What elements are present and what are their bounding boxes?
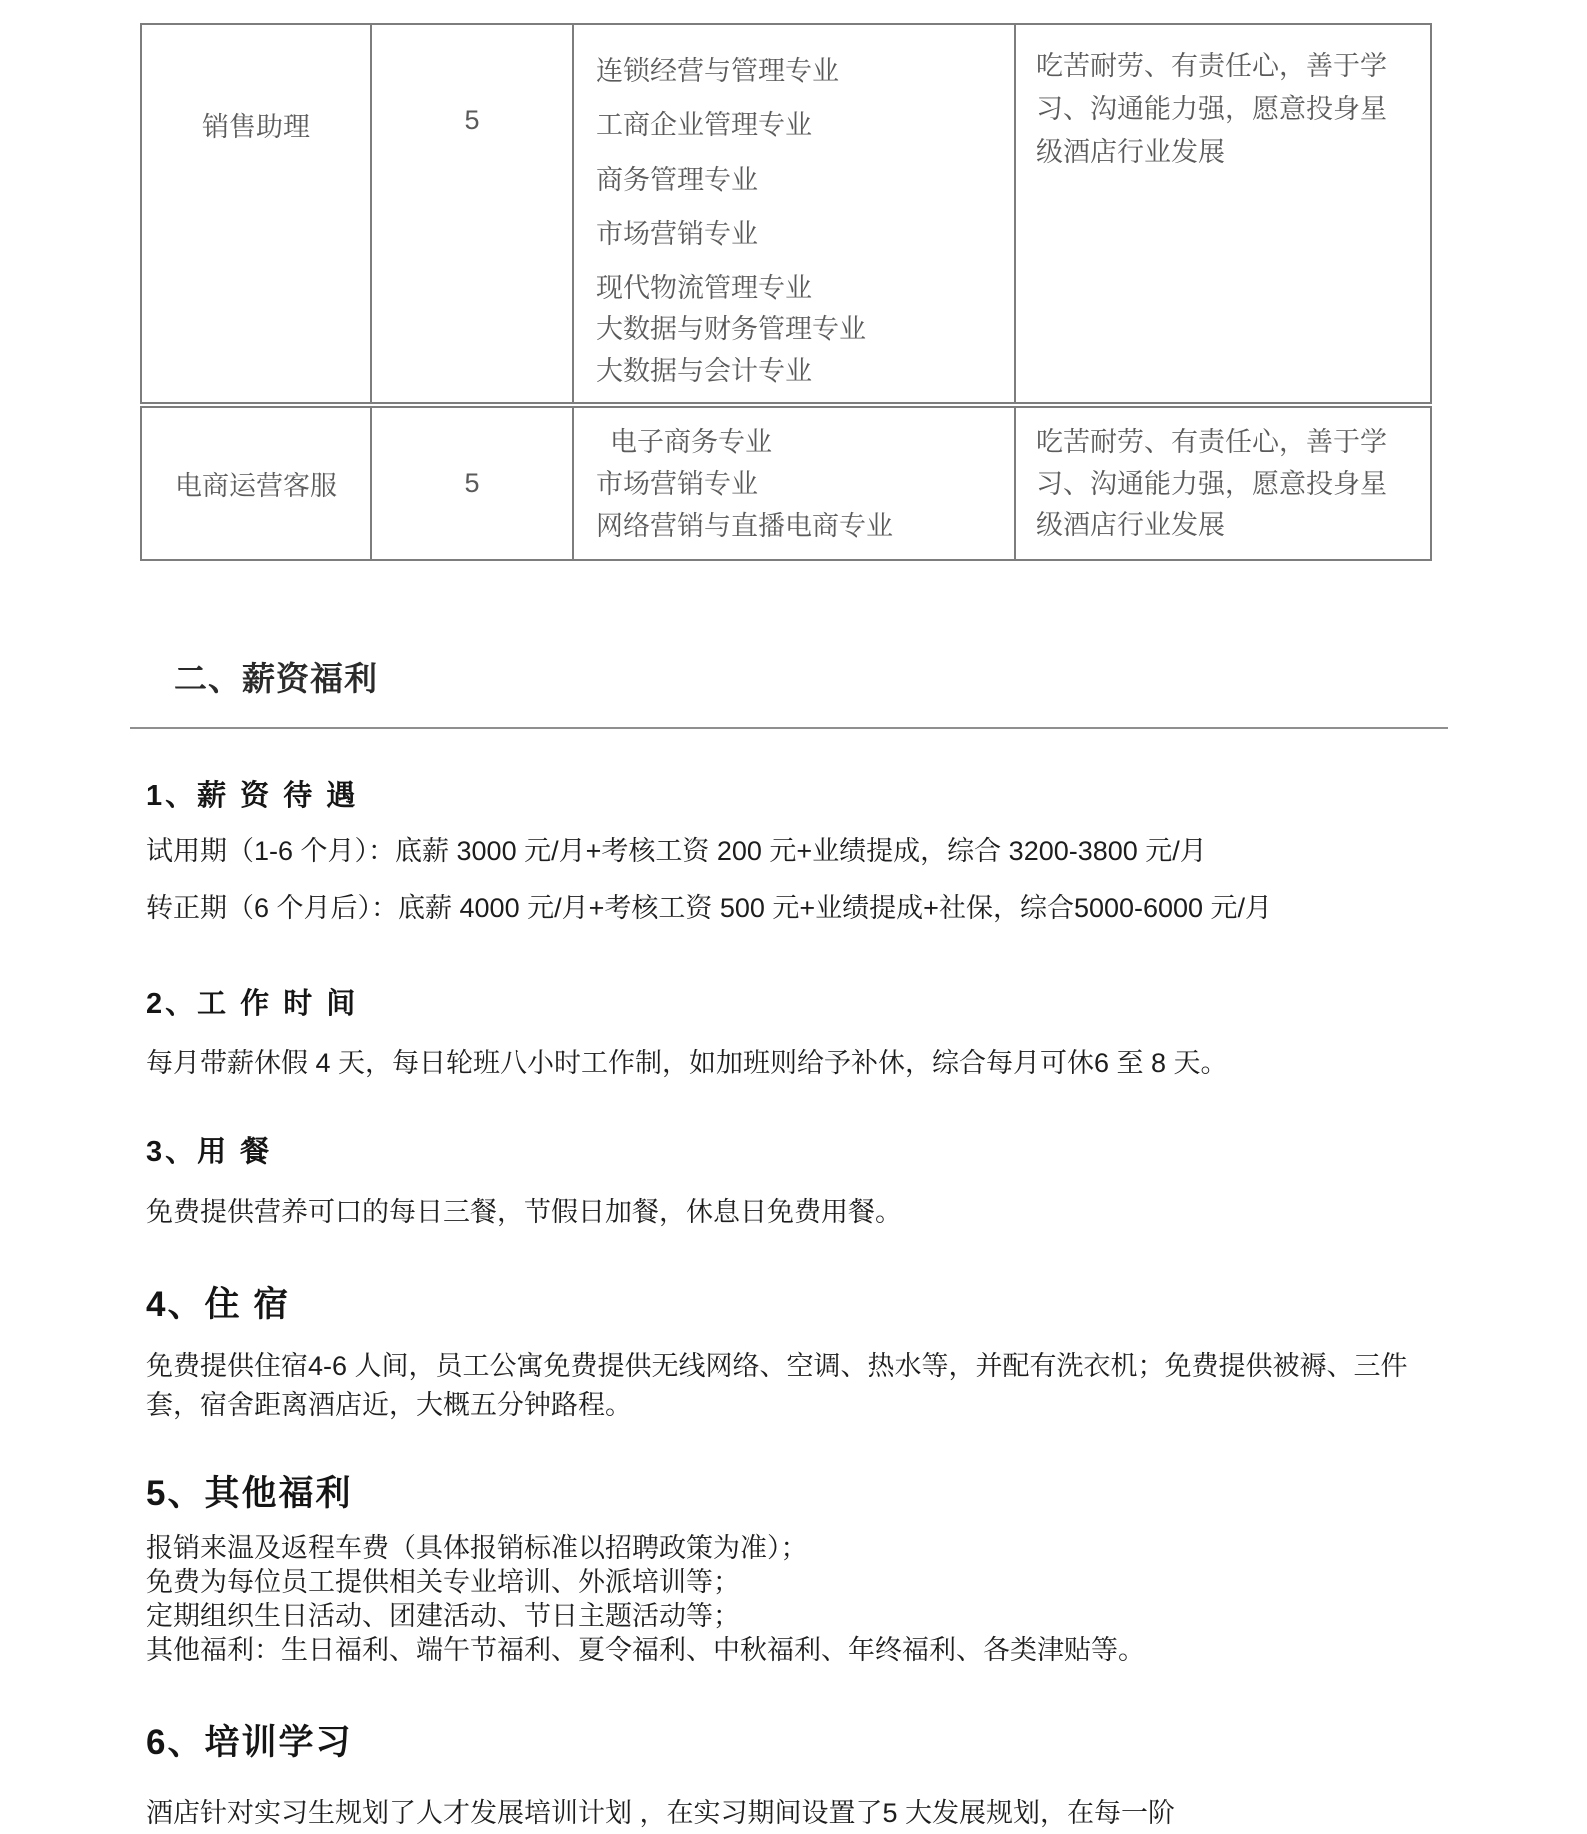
subsection-heading: 5、其他福利 [146,1466,1460,1516]
section-divider [130,727,1448,729]
major-item: 商务管理专业 [596,162,1006,199]
count-value: 5 [464,468,479,498]
subsection-other-benefits: 5、其他福利 报销来温及返程车费（具体报销标准以招聘政策为准）； 免费为每位员工… [146,1466,1460,1667]
position-label: 销售助理 [202,112,310,142]
subsection-housing: 4、住 宿 免费提供住宿4-6 人间，员工公寓免费提供无线网络、空调、热水等，并… [146,1277,1460,1427]
body-line: 每月带薪休假 4 天，每日轮班八小时工作制，如加班则给予补休，综合每月可休6 至… [146,1043,1460,1084]
cell-count: 5 [371,405,573,560]
major-item: 大数据与会计专业 [596,353,1006,390]
count-value: 5 [464,105,479,135]
body-line: 转正期（6 个月后）：底薪 4000 元/月+考核工资 500 元+业绩提成+社… [146,888,1460,929]
major-item: 市场营销专业 [596,466,1006,503]
major-item: 大数据与财务管理专业 [596,311,1006,348]
document-page: 销售助理 5 连锁经营与管理专业 工商企业管理专业 商务管理专业 市场营销专业 … [0,0,1587,1834]
section-title: 二、薪资福利 [174,653,1460,700]
major-item: 市场营销专业 [596,216,1006,253]
cell-majors: 连锁经营与管理专业 工商企业管理专业 商务管理专业 市场营销专业 现代物流管理专… [573,24,1015,405]
position-label: 电商运营客服 [175,471,337,501]
cell-position: 销售助理 [141,24,371,405]
cell-majors: 电子商务专业 市场营销专业 网络营销与直播电商专业 [573,405,1015,560]
cell-requirement: 吃苦耐劳、有责任心，善于学习、沟通能力强，愿意投身星级酒店行业发展 [1015,405,1431,560]
body-line: 免费提供住宿4-6 人间，员工公寓免费提供无线网络、空调、热水等，并配有洗衣机；… [146,1347,1460,1427]
subsection-worktime: 2、工 作 时 间 每月带薪休假 4 天，每日轮班八小时工作制，如加班则给予补休… [146,981,1460,1084]
job-table: 销售助理 5 连锁经营与管理专业 工商企业管理专业 商务管理专业 市场营销专业 … [140,23,1432,561]
subsection-heading: 1、薪 资 待 遇 [146,773,1460,814]
subsection-heading: 4、住 宿 [146,1277,1460,1327]
cell-position: 电商运营客服 [141,405,371,560]
major-item: 现代物流管理专业 [596,270,1006,307]
body-line: 免费提供营养可口的每日三餐，节假日加餐，休息日免费用餐。 [146,1192,1460,1233]
table-row: 销售助理 5 连锁经营与管理专业 工商企业管理专业 商务管理专业 市场营销专业 … [141,24,1431,405]
subsection-heading: 6、培训学习 [146,1715,1460,1765]
requirement-text: 吃苦耐劳、有责任心，善于学习、沟通能力强，愿意投身星级酒店行业发展 [1036,45,1412,175]
body-line: 试用期（1-6 个月）：底薪 3000 元/月+考核工资 200 元+业绩提成，… [146,831,1460,872]
cell-count: 5 [371,24,573,405]
subsection-training: 6、培训学习 酒店针对实习生规划了人才发展培训计划 ，在实习期间设置了5 大发展… [146,1715,1460,1834]
cell-requirement: 吃苦耐劳、有责任心，善于学习、沟通能力强，愿意投身星级酒店行业发展 [1015,24,1431,405]
table-row: 电商运营客服 5 电子商务专业 市场营销专业 网络营销与直播电商专业 吃苦耐劳、… [141,405,1431,560]
major-item: 连锁经营与管理专业 [596,53,1006,90]
subsection-salary: 1、薪 资 待 遇 试用期（1-6 个月）：底薪 3000 元/月+考核工资 2… [146,773,1460,929]
requirement-text: 吃苦耐劳、有责任心，善于学习、沟通能力强，愿意投身星级酒店行业发展 [1036,422,1412,548]
benefits-section: 二、薪资福利 1、薪 资 待 遇 试用期（1-6 个月）：底薪 3000 元/月… [146,653,1460,1834]
body-line: 其他福利：生日福利、端午节福利、夏令福利、中秋福利、年终福利、各类津贴等。 [146,1634,1460,1667]
subsection-heading: 2、工 作 时 间 [146,981,1460,1022]
body-line: 免费为每位员工提供相关专业培训、外派培训等； [146,1566,1460,1599]
body-line: 报销来温及返程车费（具体报销标准以招聘政策为准）； [146,1532,1460,1565]
major-item: 工商企业管理专业 [596,107,1006,144]
subsection-heading: 3、用 餐 [146,1129,1460,1170]
body-line: 定期组织生日活动、团建活动、节日主题活动等； [146,1600,1460,1633]
major-item: 网络营销与直播电商专业 [596,508,1006,545]
major-item: 电子商务专业 [596,424,1006,461]
subsection-meal: 3、用 餐 免费提供营养可口的每日三餐，节假日加餐，休息日免费用餐。 [146,1129,1460,1233]
body-line: 酒店针对实习生规划了人才发展培训计划 ，在实习期间设置了5 大发展规划，在每一阶 [146,1793,1460,1834]
